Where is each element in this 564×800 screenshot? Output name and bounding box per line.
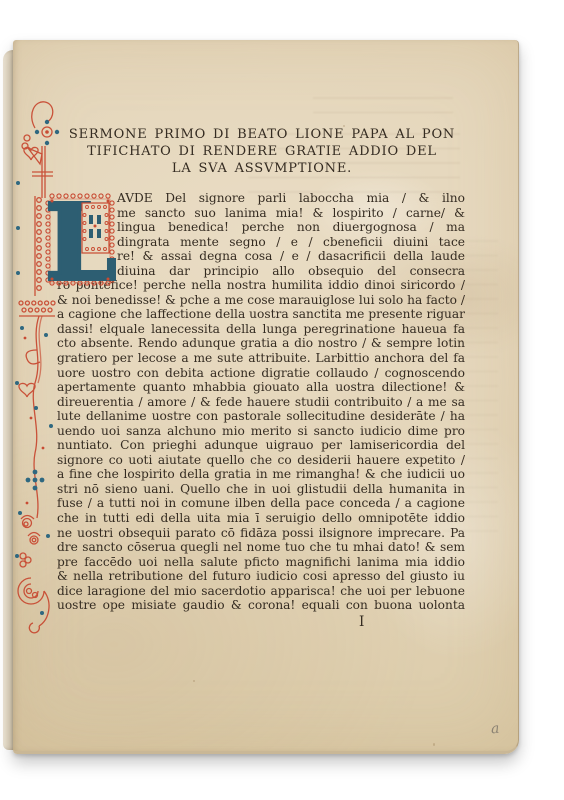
text-line: me sancto suo lanima mia! & lospirito / … bbox=[117, 206, 465, 221]
text-line: uendo uoi sanza alchuno mio merito si sa… bbox=[57, 424, 465, 439]
text-line: & noi benedisse! & pche a me cose maraui… bbox=[57, 293, 465, 308]
signature-row: I bbox=[57, 615, 465, 630]
text-line: fuse / a tutti noi in comune ilben della… bbox=[57, 496, 465, 511]
text-line: lingua benedica! perche non diuergognosa… bbox=[117, 220, 465, 235]
chapter-heading: SERMONE PRIMO DI BEATO LIONE PAPA AL PON… bbox=[57, 126, 467, 177]
illuminated-initial: L bbox=[44, 191, 116, 288]
opening-lines: AVDE Del signore parli laboccha mia / & … bbox=[57, 191, 465, 278]
text-line: direuerentia / amore / & fede hauere stu… bbox=[57, 395, 465, 410]
photograph-of-incunable-leaf: SERMONE PRIMO DI BEATO LIONE PAPA AL PON… bbox=[0, 0, 564, 800]
signature-mark: I bbox=[359, 614, 365, 630]
heading-line: TIFICHATO DI RENDERE GRATIE ADDIO DEL bbox=[57, 143, 467, 160]
text-line: che in tutti edi della uita mia ī seruig… bbox=[57, 511, 465, 526]
text-line: diuina dar principio allo obsequio del c… bbox=[117, 264, 465, 279]
text-block: L bbox=[57, 191, 465, 629]
penwork-flourish bbox=[15, 88, 61, 640]
text-line: pre faccēdo uoi nella salute pficto magn… bbox=[57, 555, 465, 570]
initial-letter-ornament: L bbox=[44, 191, 116, 288]
foxing-spot bbox=[193, 680, 195, 682]
text-line: gratiero per lecose a me sute attribuite… bbox=[57, 351, 465, 366]
show-through-text bbox=[313, 97, 453, 123]
text-line: dassi! elquale lanecessita della lunga p… bbox=[57, 322, 465, 337]
foxing-spot bbox=[433, 743, 435, 746]
text-line: re! & assai degna cosa / e / dasacrifici… bbox=[117, 249, 465, 264]
text-line: stri nō sieno uani. Quello che in uoi gl… bbox=[57, 482, 465, 497]
initial-counter-panel bbox=[82, 203, 109, 253]
text-line: dre sancto cōserua quegli nel nome tuo c… bbox=[57, 540, 465, 555]
text-line: lute dellanime uostre con pastorale soll… bbox=[57, 409, 465, 424]
text-line: a fine che lospirito della gratia in me … bbox=[57, 467, 465, 482]
heading-line: LA SVA ASSVMPTIONE. bbox=[57, 160, 467, 177]
text-line: dingrata mente segno / e / cbeneficii di… bbox=[117, 235, 465, 250]
text-line: & nella retributione del futuro iudicio … bbox=[57, 569, 465, 584]
text-line: cto absente. Rendo adunque gratia a dio … bbox=[57, 336, 465, 351]
body-lines: ro pontefice! perche nella nostra humili… bbox=[57, 278, 465, 613]
text-line: ro pontefice! perche nella nostra humili… bbox=[57, 278, 465, 293]
text-line: nuntiato. Con prieghi adunque uigrauo pe… bbox=[57, 438, 465, 453]
printed-page: SERMONE PRIMO DI BEATO LIONE PAPA AL PON… bbox=[13, 40, 519, 754]
text-line: a cagione che laffectione della uostra s… bbox=[57, 307, 465, 322]
text-line: apertamente quanto mhabbia giouato alla … bbox=[57, 380, 465, 395]
text-line: signore co uoti aiutate quello che co de… bbox=[57, 453, 465, 468]
text-line: uostre ope misiate gaudio & corona! equa… bbox=[57, 598, 465, 613]
text-line: ne uostri obsequii parato cō fidāza poss… bbox=[57, 526, 465, 541]
pencil-annotation: a bbox=[490, 721, 500, 738]
text-line: dice laragione del mio sacerdotio appari… bbox=[57, 584, 465, 599]
heading-line: SERMONE PRIMO DI BEATO LIONE PAPA AL PON bbox=[57, 126, 467, 143]
text-line: AVDE Del signore parli laboccha mia / & … bbox=[117, 191, 465, 206]
text-line: uore uostro con debita actione digratie … bbox=[57, 366, 465, 381]
